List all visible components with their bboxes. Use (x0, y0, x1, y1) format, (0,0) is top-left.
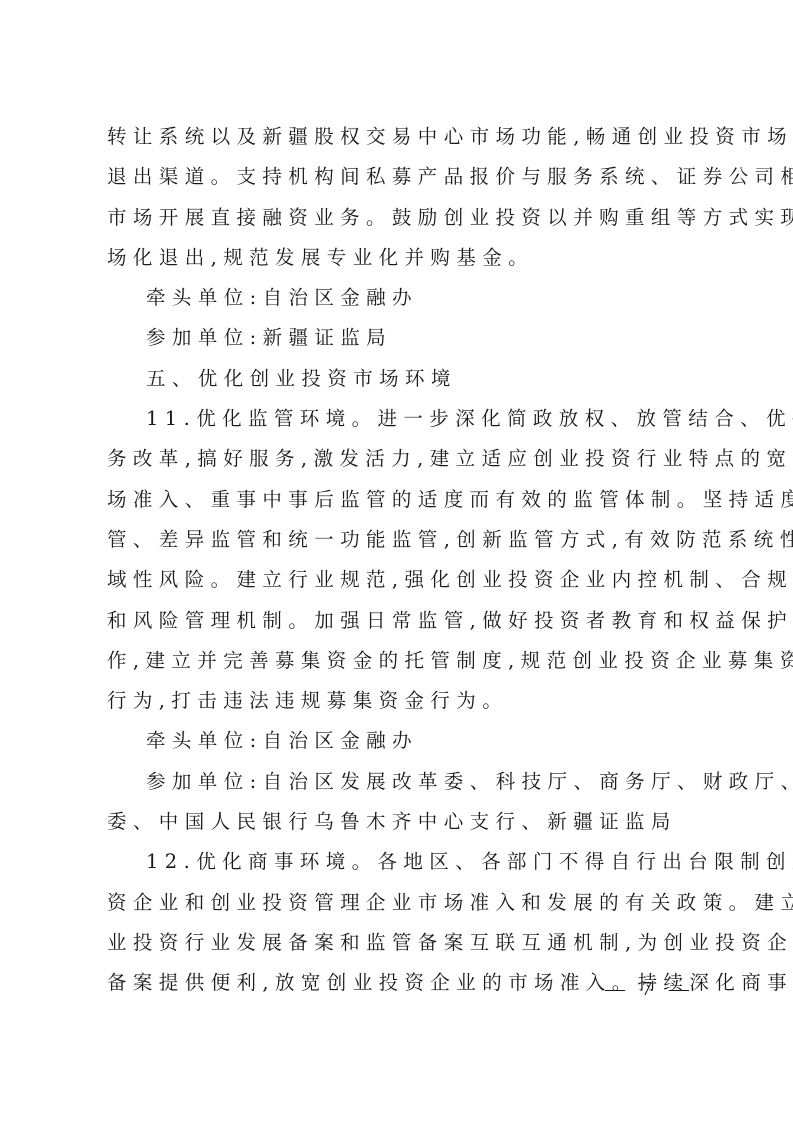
paragraph-line: 行为,打击违法违规募集资金行为。 (107, 681, 693, 721)
body-text: 转让系统以及新疆股权交易中心市场功能,畅通创业投资市场化 退出渠道。支持机构间私… (107, 117, 693, 1004)
page-number: — 7 — (605, 978, 695, 1001)
participating-unit-line: 参加单位:自治区发展改革委、科技厅、商务厅、财政厅、国资 (107, 762, 693, 802)
paragraph-line: 业投资行业发展备案和监管备案互联互通机制,为创业投资企业 (107, 923, 693, 963)
paragraph-line: 场化退出,规范发展专业化并购基金。 (107, 238, 693, 278)
paragraph-line: 务改革,搞好服务,激发活力,建立适应创业投资行业特点的宽市 (107, 439, 693, 479)
paragraph-line: 和风险管理机制。加强日常监管,做好投资者教育和权益保护工 (107, 601, 693, 641)
document-page: 转让系统以及新疆股权交易中心市场功能,畅通创业投资市场化 退出渠道。支持机构间私… (0, 0, 793, 1122)
paragraph-line: 转让系统以及新疆股权交易中心市场功能,畅通创业投资市场化 (107, 117, 693, 157)
paragraph-line: 退出渠道。支持机构间私募产品报价与服务系统、证券公司柜台 (107, 157, 693, 197)
item-12-heading-line: 12.优化商事环境。各地区、各部门不得自行出台限制创业投 (107, 842, 693, 882)
paragraph-line: 资企业和创业投资管理企业市场准入和发展的有关政策。建立创 (107, 883, 693, 923)
section-heading: 五、优化创业投资市场环境 (107, 359, 693, 399)
paragraph-line: 场准入、重事中事后监管的适度而有效的监管体制。坚持适度监 (107, 480, 693, 520)
paragraph-line: 委、中国人民银行乌鲁木齐中心支行、新疆证监局 (107, 802, 693, 842)
item-11-heading-line: 11.优化监管环境。进一步深化简政放权、放管结合、优化服 (107, 399, 693, 439)
paragraph-line: 域性风险。建立行业规范,强化创业投资企业内控机制、合规管理 (107, 560, 693, 600)
paragraph-line: 管、差异监管和统一功能监管,创新监管方式,有效防范系统性区 (107, 520, 693, 560)
paragraph-line: 作,建立并完善募集资金的托管制度,规范创业投资企业募集资金 (107, 641, 693, 681)
paragraph-line: 市场开展直接融资业务。鼓励创业投资以并购重组等方式实现市 (107, 198, 693, 238)
lead-unit-line: 牵头单位:自治区金融办 (107, 278, 693, 318)
lead-unit-line: 牵头单位:自治区金融办 (107, 721, 693, 761)
participating-unit-line: 参加单位:新疆证监局 (107, 318, 693, 358)
